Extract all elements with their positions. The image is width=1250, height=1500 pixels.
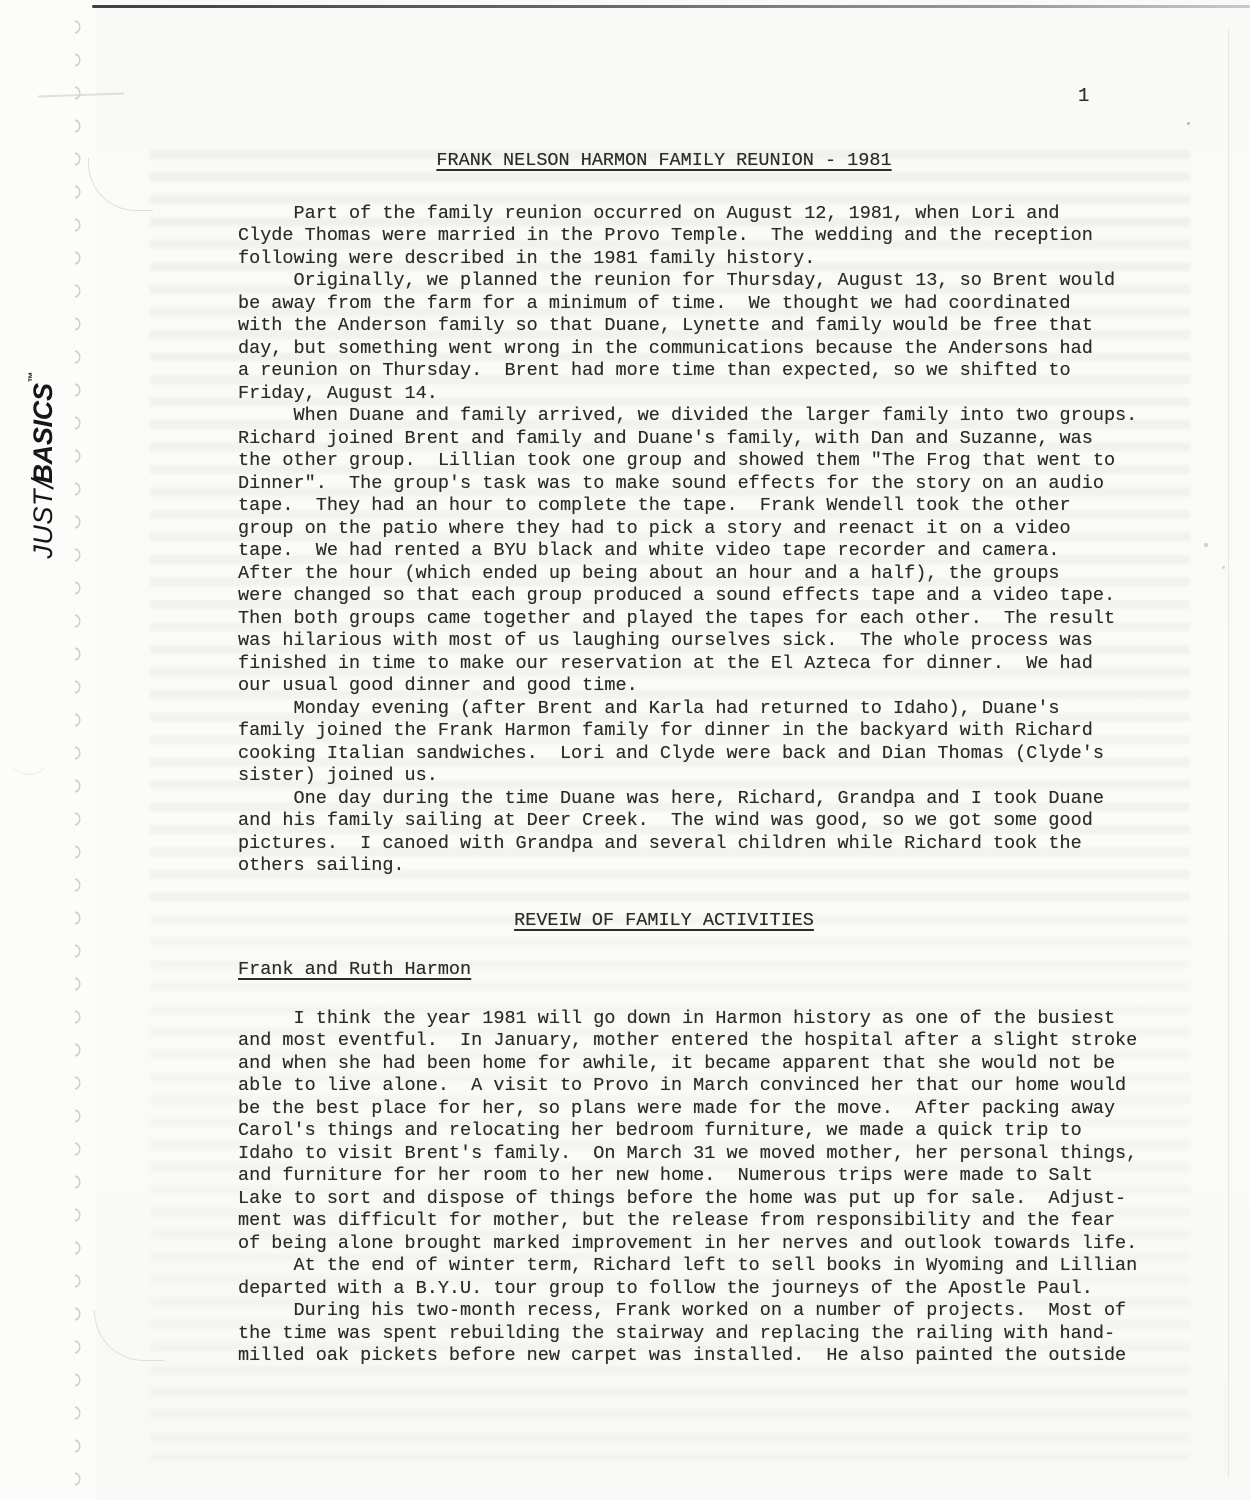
page-top-edge <box>92 5 1250 8</box>
section-heading-wrap: REVEIW OF FAMILY ACTIVITIES <box>238 910 1090 933</box>
paragraph: I think the year 1981 will go down in Ha… <box>238 1008 1150 1256</box>
justbasics-logo: JUST / BASICS ™ <box>29 373 57 557</box>
paper-crease <box>1228 28 1229 1478</box>
spiral-binding-mask <box>63 12 75 1494</box>
paper-speck <box>1204 543 1208 547</box>
subsection-heading: Frank and Ruth Harmon <box>238 959 471 982</box>
document-body: FRANK NELSON HARMON FAMILY REUNION - 198… <box>238 150 1150 1368</box>
paragraph: During his two-month recess, Frank worke… <box>238 1300 1150 1368</box>
logo-just-text: JUST <box>28 489 59 559</box>
logo-basics-text: BASICS <box>28 383 59 483</box>
paragraph: Monday evening (after Brent and Karla ha… <box>238 698 1150 788</box>
title-wrap: FRANK NELSON HARMON FAMILY REUNION - 198… <box>238 150 1090 173</box>
section-body: I think the year 1981 will go down in Ha… <box>238 1008 1150 1368</box>
paragraph: One day during the time Duane was here, … <box>238 788 1150 878</box>
paper-speck <box>1222 566 1225 569</box>
paragraph: When Duane and family arrived, we divide… <box>238 405 1150 698</box>
paper-speck <box>1187 122 1190 125</box>
trademark-symbol: ™ <box>27 371 39 382</box>
paragraph: At the end of winter term, Richard left … <box>238 1255 1150 1300</box>
section-heading: REVEIW OF FAMILY ACTIVITIES <box>238 910 1090 933</box>
document-title: FRANK NELSON HARMON FAMILY REUNION - 198… <box>238 150 1090 173</box>
paragraph: Originally, we planned the reunion for T… <box>238 270 1150 405</box>
paragraph: Part of the family reunion occurred on A… <box>238 203 1150 271</box>
binder-ring-mark <box>88 158 153 211</box>
page-number: 1 <box>1078 85 1089 107</box>
